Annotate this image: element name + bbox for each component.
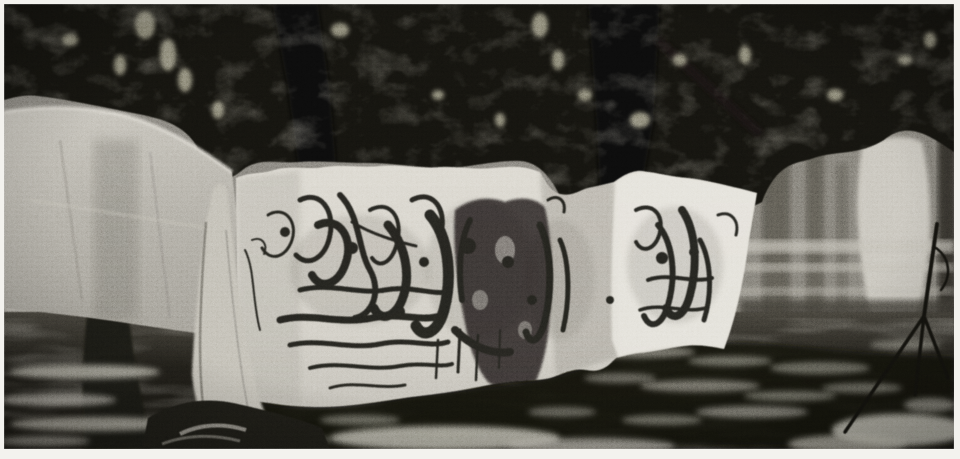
photograph: Black-and-white photograph of a long hor… [0,0,960,459]
vignette [4,4,954,449]
photo-canvas: Black-and-white photograph of a long hor… [0,0,960,459]
